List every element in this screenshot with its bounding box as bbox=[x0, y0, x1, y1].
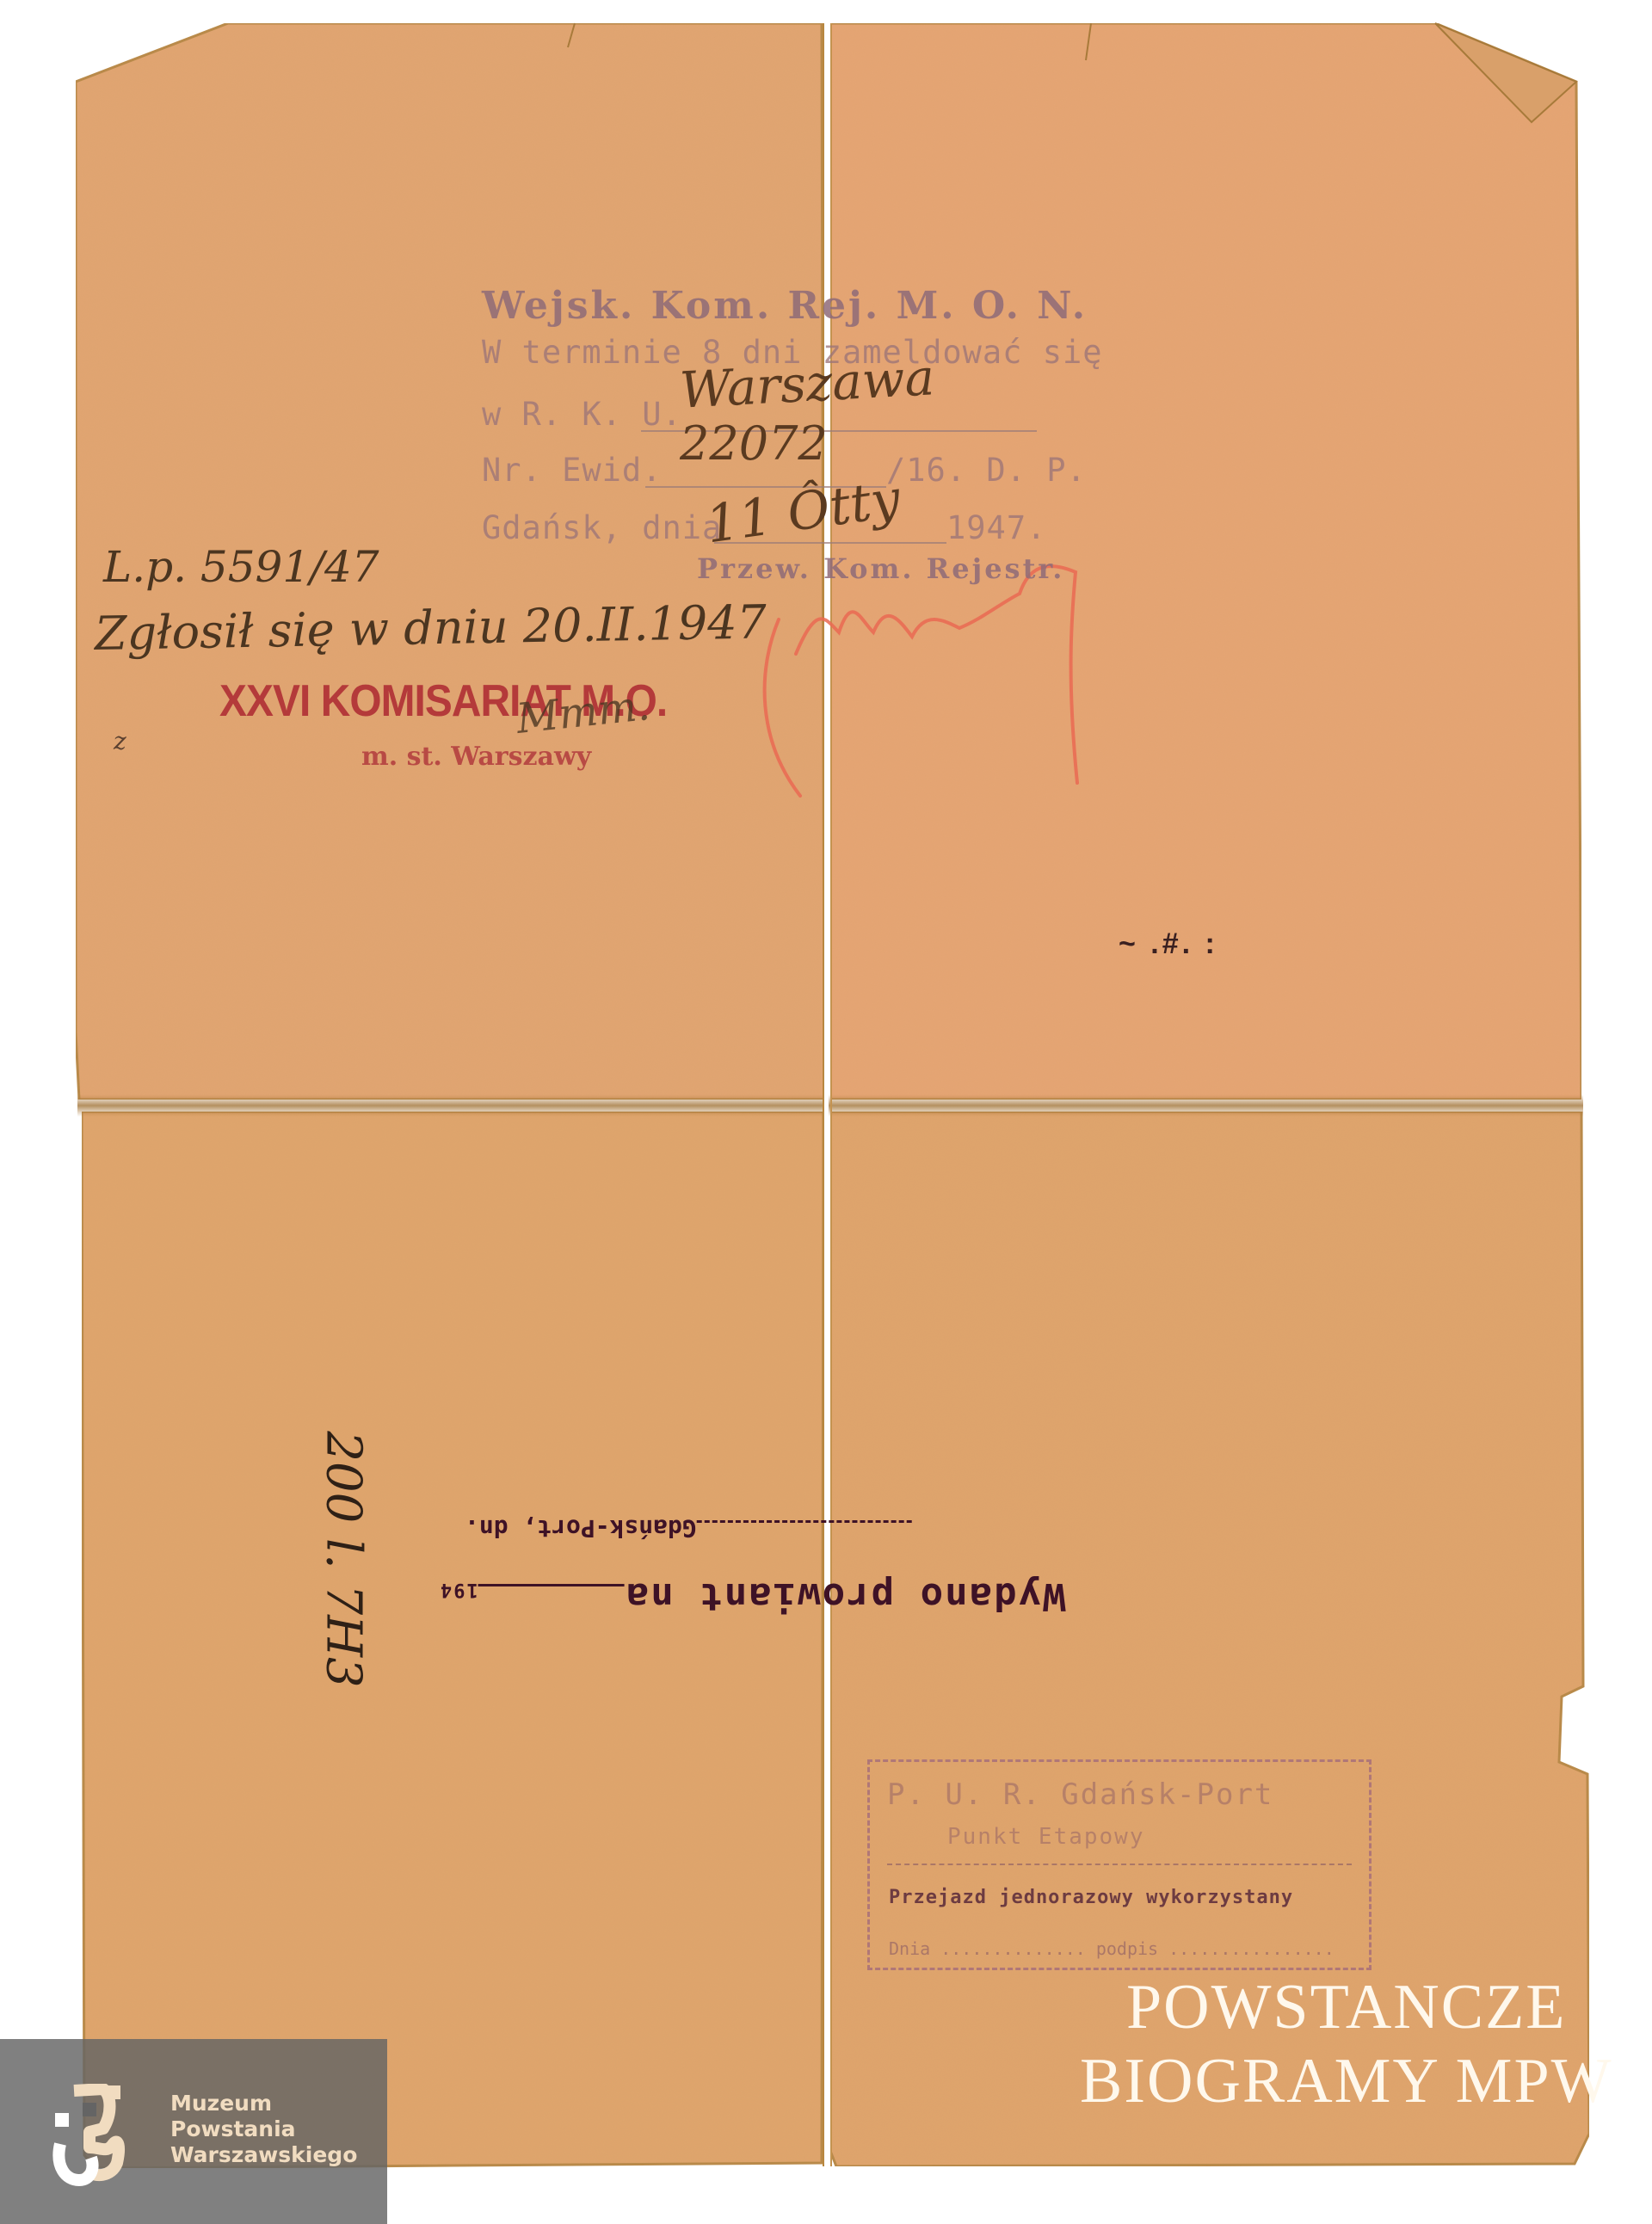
powstancze-biogramy-watermark: POWSTANCZE BIOGRAMY MPW bbox=[1080, 1970, 1612, 2118]
mon-stamp-line3-suffix: /16. D. P. bbox=[886, 452, 1445, 489]
komisariat-stamp-subtitle: m. st. Warszawy bbox=[361, 742, 591, 772]
provisions-stamp: Wydano prowiant na194 Gdańsk-Port, dn. bbox=[404, 1506, 921, 1660]
provisions-stamp-line2: Gdańsk-Port, dn. bbox=[465, 1514, 912, 1543]
vertical-handwritten-note: 200 l. 7H3 bbox=[316, 1431, 372, 1687]
museum-name: Muzeum Powstania Warszawskiego bbox=[170, 2091, 357, 2168]
transit-point-stamp: P. U. R. Gdańsk-Port Punkt Etapowy Przej… bbox=[867, 1759, 1372, 1970]
mon-stamp-title: Wejsk. Kom. Rej. M. O. N. bbox=[482, 284, 1041, 328]
transit-stamp-line3: Przejazd jednorazowy wykorzystany bbox=[889, 1887, 1293, 1908]
transit-stamp-line2: Punkt Etapowy bbox=[947, 1824, 1145, 1850]
transit-stamp-line1: P. U. R. Gdańsk-Port bbox=[887, 1777, 1273, 1812]
watermark-line1: POWSTANCZE bbox=[1080, 1970, 1612, 2044]
mon-stamp-line4-suffix: 1947. bbox=[946, 509, 1506, 546]
rku-label: w R. K. U. bbox=[482, 396, 682, 433]
lp-number-note: L.p. 5591/47 bbox=[103, 542, 379, 592]
museum-logo[interactable]: Muzeum Powstania Warszawskiego bbox=[0, 2039, 387, 2224]
mon-stamp-footer: Przew. Kom. Rejestr. bbox=[697, 552, 1256, 585]
kotwica-anchor-icon bbox=[52, 2084, 155, 2187]
transit-stamp-line4: Dnia .............. podpis .............… bbox=[889, 1938, 1335, 1959]
margin-mark: z bbox=[114, 727, 126, 755]
nr-ewid-handwritten-value: 22072 bbox=[680, 416, 828, 471]
watermark-line2: BIOGRAMY MPW bbox=[1080, 2044, 1612, 2118]
nr-ewid-label: Nr. Ewid. bbox=[482, 452, 662, 489]
ink-marks: ~ .#. : bbox=[1119, 927, 1218, 961]
provisions-stamp-line1: Wydano prowiant na194 bbox=[439, 1574, 1066, 1618]
